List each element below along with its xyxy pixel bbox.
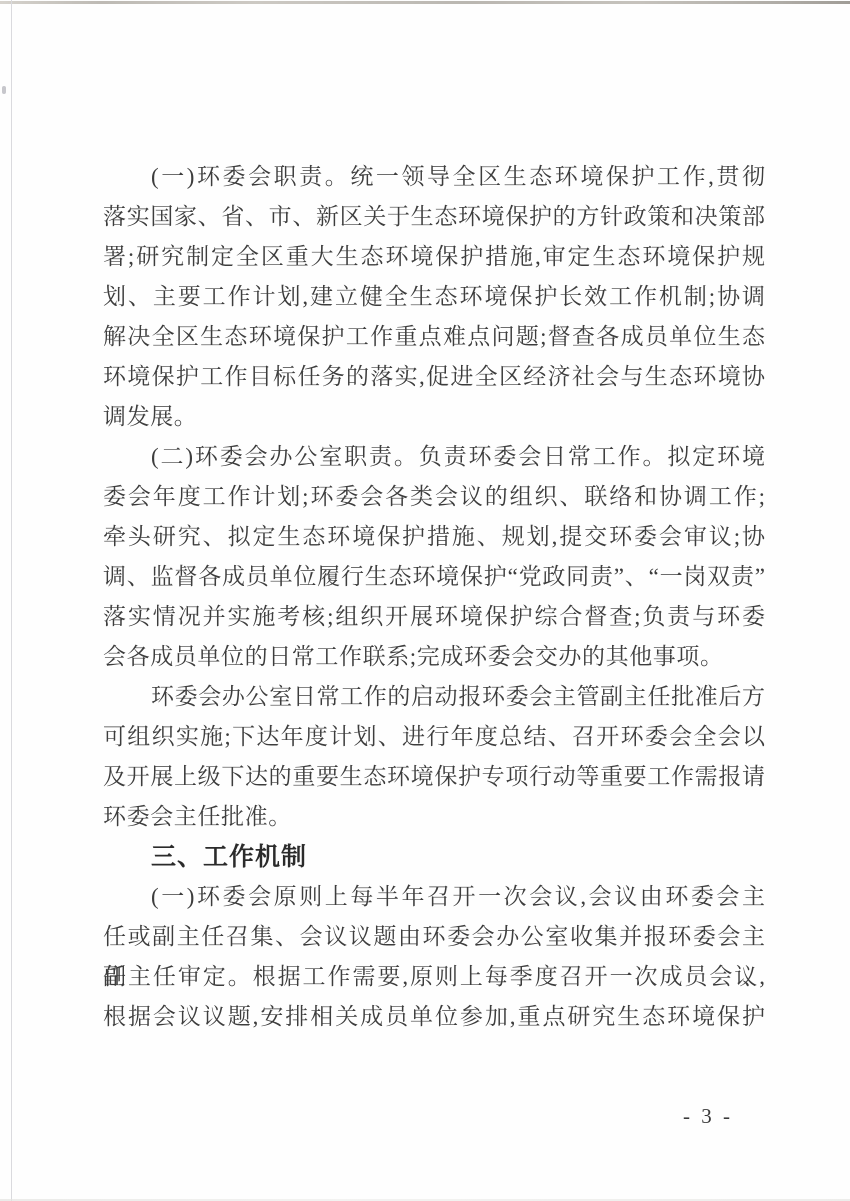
scanned-document-page: (一)环委会职责。统一领导全区生态环境保护工作,贯彻 落实国家、省、市、新区关于… — [0, 0, 850, 1201]
text-line: 解决全区生态环境保护工作重点难点问题;督查各成员单位生态 — [103, 317, 765, 357]
text-line: (一)环委会职责。统一领导全区生态环境保护工作,贯彻 — [103, 157, 765, 197]
text-line: 调、监督各成员单位履行生态环境保护“党政同责”、“一岗双责” — [103, 557, 765, 597]
text-line: 可组织实施;下达年度计划、进行年度总结、召开环委会全会以 — [103, 717, 765, 757]
text-line: 任或副主任召集、会议议题由环委会办公室收集并报环委会主任、 — [103, 917, 765, 957]
text-line: 落实国家、省、市、新区关于生态环境保护的方针政策和决策部 — [103, 197, 765, 237]
text-line: 牵头研究、拟定生态环境保护措施、规划,提交环委会审议;协 — [103, 517, 765, 557]
text-line: 会各成员单位的日常工作联系;完成环委会交办的其他事项。 — [103, 637, 765, 677]
text-line: 署;研究制定全区重大生态环境保护措施,审定生态环境保护规 — [103, 237, 765, 277]
text-line: 环委会主任批准。 — [103, 797, 765, 837]
text-line: 环委会办公室日常工作的启动报环委会主管副主任批准后方 — [103, 677, 765, 717]
text-line: 根据会议议题,安排相关成员单位参加,重点研究生态环境保护 — [103, 997, 765, 1037]
text-line: 及开展上级下达的重要生态环境保护专项行动等重要工作需报请 — [103, 757, 765, 797]
text-line: 委会年度工作计划;环委会各类会议的组织、联络和协调工作; — [103, 477, 765, 517]
text-line: (二)环委会办公室职责。负责环委会日常工作。拟定环境 — [103, 437, 765, 477]
text-line: (一)环委会原则上每半年召开一次会议,会议由环委会主 — [103, 877, 765, 917]
text-line: 落实情况并实施考核;组织开展环境保护综合督查;负责与环委 — [103, 597, 765, 637]
document-body: (一)环委会职责。统一领导全区生态环境保护工作,贯彻 落实国家、省、市、新区关于… — [103, 157, 765, 1037]
text-line: 调发展。 — [103, 397, 765, 437]
section-heading: 三、工作机制 — [103, 837, 765, 877]
scan-edge-top — [0, 1, 850, 4]
text-line: 副主任审定。根据工作需要,原则上每季度召开一次成员会议, — [103, 957, 765, 997]
text-line: 环境保护工作目标任务的落实,促进全区经济社会与生态环境协 — [103, 357, 765, 397]
scan-speck — [2, 86, 6, 94]
page-number: - 3 - — [676, 1104, 740, 1129]
scan-edge-left — [11, 0, 12, 1201]
text-line: 划、主要工作计划,建立健全生态环境保护长效工作机制;协调 — [103, 277, 765, 317]
